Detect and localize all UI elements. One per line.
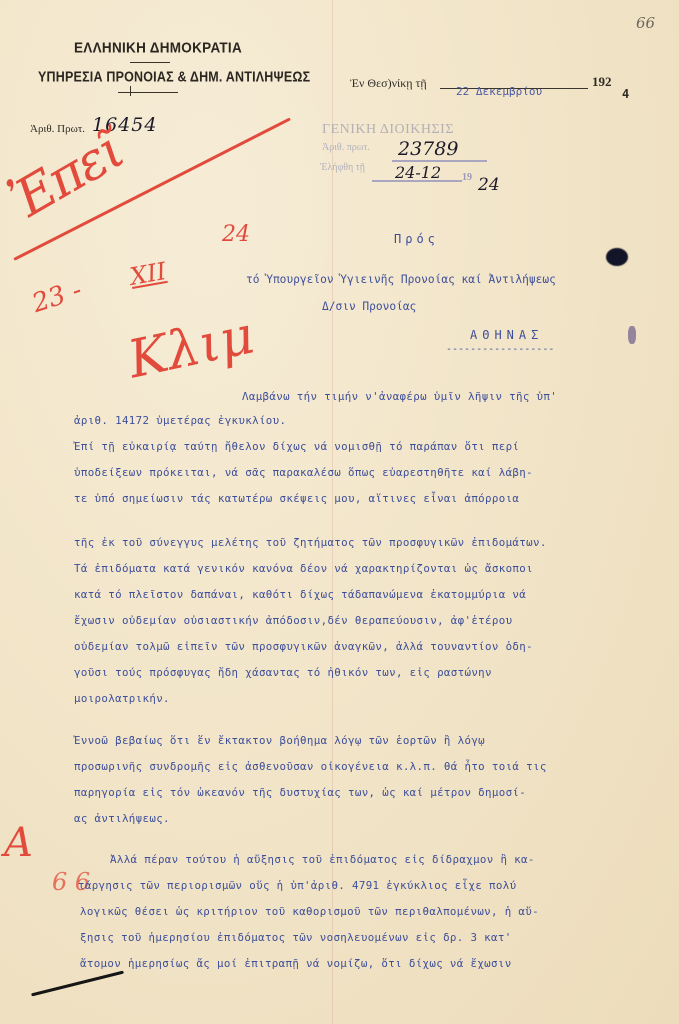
body-line: Τά ἐπιδόματα κατά γενικόν κανόνα δέον νά…	[74, 562, 533, 575]
cross-mark	[130, 86, 131, 96]
body-line: προσωρινῆς συνδρομῆς εἰς ἀσθενοῦσαν οἰκο…	[74, 760, 547, 773]
dateline-year-prefix: 192	[592, 74, 612, 90]
body-line: τῆς ἐκ τοῦ σύνεγγυς μελέτης τοῦ ζητήματο…	[74, 536, 547, 549]
red-signature: Ἐπεῖ	[0, 121, 133, 232]
stamp-rule	[392, 160, 487, 162]
paper-fold	[332, 0, 333, 1024]
red-margin-letter: Α	[4, 820, 33, 866]
red-roman-month: XII	[128, 257, 168, 291]
dateline-place: Ἐν Θεσ)νίκῃ τῇ	[350, 76, 427, 91]
body-line: ἔχωσιν οὐδεμίαν οὐσιαστικήν ἀπόδοσιν,δέν…	[74, 614, 512, 627]
folio-number: 66	[636, 14, 655, 32]
body-line: γοῦσι τούς πρόσφυγας ἤδη χάσαντας τό ἠθι…	[74, 666, 492, 679]
letterhead-divider	[130, 62, 170, 63]
document-page: ΕΛΛΗΝΙΚΗ ΔΗΜΟΚΡΑΤΙΑ ΥΠΗΡΕΣΙΑ ΠΡΟΝΟΙΑΣ & …	[0, 0, 679, 1024]
recipient-city-underline: ------------------	[446, 344, 554, 355]
body-line: ξησις τοῦ ἡμερησίου ἐπιδόματος τῶν νοσηλ…	[80, 931, 512, 944]
body-line: κατά τό πλεῖστον δαπάναι, καθότι δίχως τ…	[74, 588, 526, 601]
body-line: ας ἀντιλήψεως.	[74, 812, 170, 825]
body-line: οὐδεμίαν τολμῶ εἰπεῖν τῶν προσφυγικῶν ἀν…	[74, 640, 533, 653]
body-line: Λαμβάνω τήν τιμήν ν'ἀναφέρω ὑμῖν λῆψιν τ…	[242, 390, 557, 403]
body-line: ἄτομον ἡμερησίως ἄς μοί ἐπιτραπῇ νά νομί…	[80, 957, 512, 970]
stamp-date: 24-12	[395, 163, 441, 182]
recipient-ministry: τό Ὑπουργεῖον Ὑγιεινῆς Προνοίας καί Ἀντι…	[246, 273, 556, 286]
red-date: 23 -	[29, 275, 86, 319]
body-line: μοιρολατρικήν.	[74, 692, 170, 705]
letterhead-title: ΕΛΛΗΝΙΚΗ ΔΗΜΟΚΡΑΤΙΑ	[74, 39, 242, 56]
stamp-year-printed: 19	[462, 172, 472, 183]
dateline-date: 22 Δεκεμβρίου	[456, 85, 542, 98]
body-line: τάργησις τῶν περιορισμῶν οὕς ἡ ὑπ'ἀριθ. …	[78, 879, 516, 892]
red-initials: Κλιμ	[123, 306, 259, 391]
body-line: τε ὑπό σημείωσιν τάς κατωτέρω σκέψεις μο…	[74, 492, 519, 505]
stamp-number: 23789	[398, 138, 458, 160]
body-line: παρηγορία εἰς τόν ὠκεανόν τῆς δυστυχίας …	[74, 786, 526, 799]
body-line: Ἐννοῶ βεβαίως ὅτι ἕν ἔκτακτον βοήθημα λό…	[74, 734, 485, 747]
letterhead-subtitle: ΥΠΗΡΕΣΙΑ ΠΡΟΝΟΙΑΣ & ΔΗΜ. ΑΝΤΙΛΗΨΕΩΣ	[38, 69, 310, 85]
ink-blot	[606, 248, 628, 266]
stamp-date-label: Ἐλήφθη τῇ	[320, 162, 365, 173]
body-line: Ἐπί τῇ εὐκαιρίᾳ ταύτῃ ἤθελον δίχως νά νο…	[74, 440, 519, 453]
recipient-department: Δ/σιν Προνοίας	[322, 300, 416, 313]
reference-label: Ἀριθ. Πρωτ.	[30, 123, 85, 135]
stamp-year-handwritten: 24	[478, 175, 500, 195]
body-line: Ἀλλά πέραν τούτου ἡ αὔξησις τοῦ ἐπιδόματ…	[110, 853, 535, 866]
dateline-year-digit: 4	[622, 87, 629, 101]
ink-smudge	[628, 326, 636, 344]
stamp-number-label: Ἀριθ. πρωτ.	[322, 142, 370, 153]
body-line: ὑποδείξεων πρόκειται, νά σᾶς παρακαλέσω …	[74, 466, 533, 479]
pen-stroke	[31, 971, 124, 997]
body-line: ἀριθ. 14172 ὑμετέρας ἐγκυκλίου.	[74, 414, 286, 427]
letterhead-divider-2	[118, 92, 178, 93]
recipient-heading: Πρός	[394, 232, 439, 246]
recipient-city: ΑΘΗΝΑΣ	[470, 328, 543, 342]
red-mark: 24	[222, 222, 250, 247]
body-line: λογικῶς θέσει ὡς κριτήριον τοῦ καθορισμο…	[80, 905, 539, 918]
stamp-title: ΓΕΝΙΚΗ ΔΙΟΙΚΗΣΙΣ	[322, 122, 454, 138]
